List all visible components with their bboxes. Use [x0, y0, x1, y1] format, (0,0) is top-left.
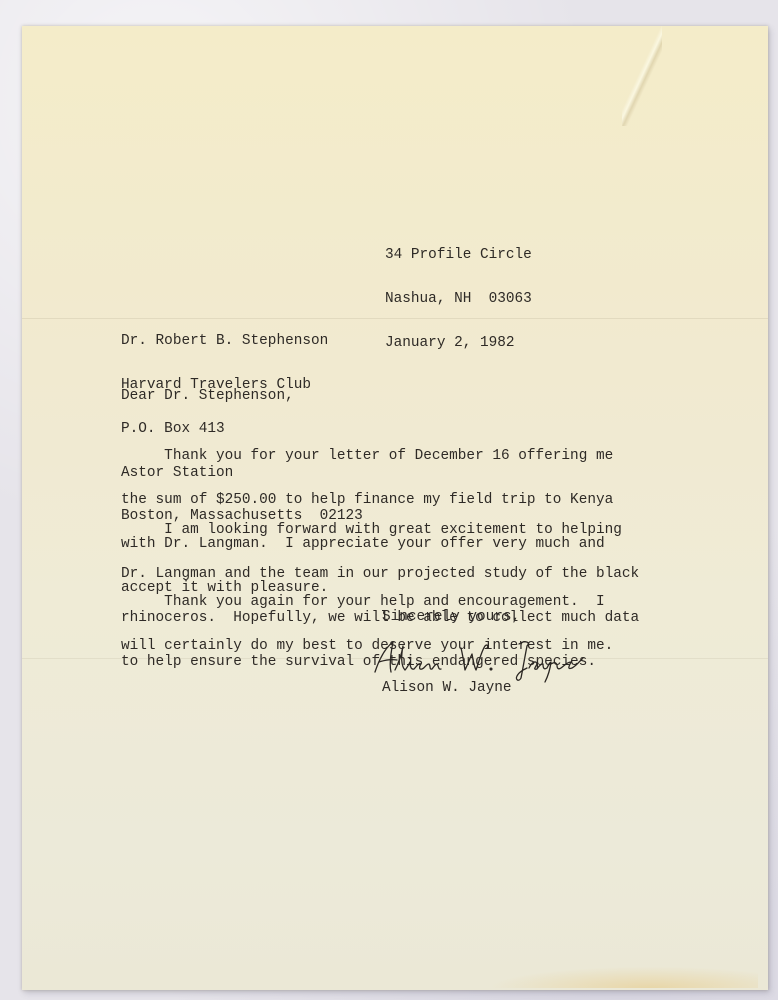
letter-date: January 2, 1982: [385, 336, 532, 351]
recipient-name: Dr. Robert B. Stephenson: [121, 334, 363, 349]
typed-signature-name: Alison W. Jayne: [382, 681, 512, 696]
salutation: Dear Dr. Stephenson,: [121, 389, 294, 404]
paragraph-line: Thank you for your letter of December 16…: [121, 449, 613, 464]
paragraph-line: Thank you again for your help and encour…: [121, 595, 613, 610]
handwritten-signature: [369, 634, 589, 684]
sender-address-line: 34 Profile Circle: [385, 248, 532, 263]
paragraph-line: I am looking forward with great exciteme…: [121, 523, 639, 538]
paper-stain: [488, 966, 758, 988]
sender-address-line: Nashua, NH 03063: [385, 292, 532, 307]
letter-paper: 34 Profile Circle Nashua, NH 03063 Janua…: [22, 26, 768, 990]
sender-address: 34 Profile Circle Nashua, NH 03063 Janua…: [385, 219, 532, 380]
closing: Sincerely yours,: [382, 610, 520, 625]
paper-crease: [622, 26, 662, 126]
